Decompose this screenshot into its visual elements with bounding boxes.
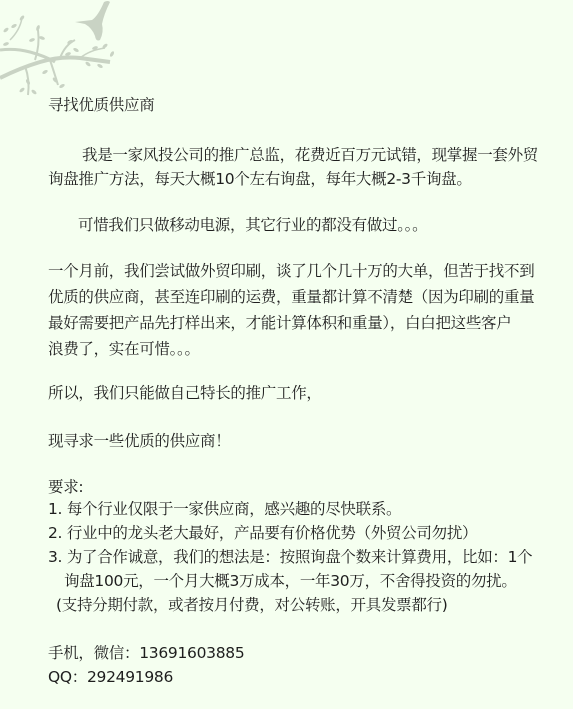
payment-note: (支持分期付款，或者按月付费，对公转账，开具发票都行) <box>56 594 448 616</box>
story-line-2: 优质的供应商，甚至连印刷的运费，重量都计算不清楚（因为印刷的重量 <box>48 286 534 308</box>
intro-line-1: 我是一家风投公司的推广总监，花费近百万元试错，现掌握一套外贸 <box>82 144 538 166</box>
contact-qq: QQ：292491986 <box>48 666 173 688</box>
contact-phone-wechat: 手机，微信：13691603885 <box>48 642 244 664</box>
intro-line-2: 询盘推广方法，每天大概10个左右询盘，每年大概2-3千询盘。 <box>48 168 472 190</box>
so-paragraph: 所以，我们只能做自己特长的推广工作， <box>48 382 322 404</box>
regret-paragraph: 可惜我们只做移动电源，其它行业的都没有做过。。。 <box>78 214 427 236</box>
requirements-heading: 要求: <box>48 476 83 498</box>
seeking-paragraph: 现寻求一些优质的供应商！ <box>48 430 230 452</box>
requirement-item-3-line-2: 询盘100元，一个月大概3万成本，一年30万，不舍得投资的勿扰。 <box>64 570 517 592</box>
story-line-1: 一个月前，我们尝试做外贸印刷，谈了几个几十万的大单，但苦于找不到 <box>48 260 534 282</box>
post-title: 寻找优质供应商 <box>48 94 154 116</box>
requirement-item-3-line-1: 3. 为了合作诚意，我们的想法是：按照询盘个数来计算费用，比如：1个 <box>48 546 532 568</box>
requirement-item-2: 2. 行业中的龙头老大最好，产品要有价格优势（外贸公司勿扰） <box>48 522 477 544</box>
story-line-4: 浪费了，实在可惜。。。 <box>48 338 200 360</box>
requirement-item-1: 1. 每个行业仅限于一家供应商，感兴趣的尽快联系。 <box>48 498 401 520</box>
story-line-3: 最好需要把产品先打样出来，才能计算体积和重量），白白把这些客户 <box>48 312 511 334</box>
